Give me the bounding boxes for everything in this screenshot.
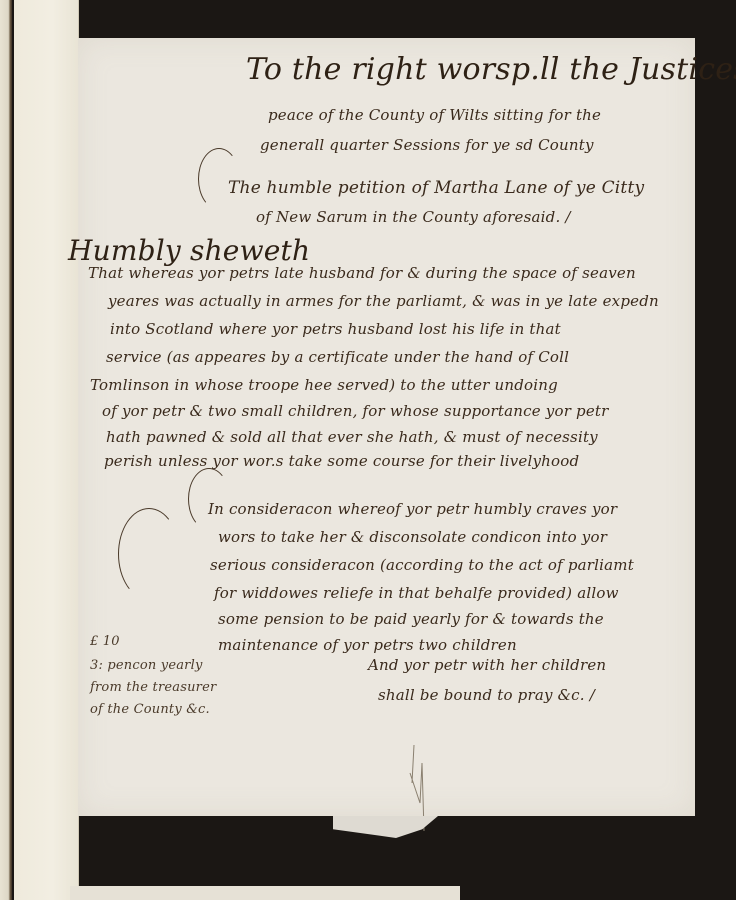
manuscript-page: To the right worsp.ll the Justices of th… <box>78 38 695 816</box>
margin-note-line-2: from the treasurer <box>90 680 216 695</box>
underlying-leaf-edge <box>70 886 460 900</box>
body-line-3: into Scotland where yor petrs husband lo… <box>110 320 561 338</box>
prayer-line-6: maintenance of yor petrs two children <box>218 636 517 654</box>
prayer-line-4: for widdowes reliefe in that behalfe pro… <box>214 584 619 602</box>
address-line-2: peace of the County of Wilts sitting for… <box>268 106 601 124</box>
pencil-mark <box>408 743 428 833</box>
closing-line-1: And yor petr with her children <box>368 656 606 674</box>
body-line-6: of yor petr & two small children, for wh… <box>102 402 609 420</box>
prayer-line-3: serious consideracon (according to the a… <box>210 556 634 574</box>
address-line-3: generall quarter Sessions for ye sd Coun… <box>260 136 594 154</box>
prayer-line-5: some pension to be paid yearly for & tow… <box>218 610 604 628</box>
prayer-initial-flourish <box>188 468 230 530</box>
prayer-line-2: wors to take her & disconsolate condicon… <box>218 528 607 546</box>
closing-line-2: shall be bound to pray &c. / <box>378 686 595 704</box>
body-line-2: yeares was actually in armes for the par… <box>108 292 659 310</box>
body-line-5: Tomlinson in whose troope hee served) to… <box>90 376 558 394</box>
body-line-7: hath pawned & sold all that ever she hat… <box>106 428 598 446</box>
prayer-line-1: In consideracon whereof yor petr humbly … <box>208 500 617 518</box>
body-line-4: service (as appeares by a certificate un… <box>106 348 569 366</box>
body-line-8: perish unless yor wor.s take some course… <box>104 452 579 470</box>
petition-title-line-2: of New Sarum in the County aforesaid. / <box>256 208 571 226</box>
book-binding-edge <box>0 0 12 900</box>
margin-note-line-1: 3: pencon yearly <box>90 658 203 673</box>
guard-leaf <box>14 0 79 900</box>
address-line-1: To the right worsp.ll the Justices of th… <box>246 52 736 87</box>
salutation: Humbly sheweth <box>68 234 310 267</box>
prayer-flourish <box>118 508 180 600</box>
body-line-1: That whereas yor petrs late husband for … <box>88 264 636 282</box>
margin-note-amount: £ 10 <box>90 634 120 649</box>
margin-note-line-3: of the County &c. <box>90 702 210 717</box>
petition-title-line-1: The humble petition of Martha Lane of ye… <box>228 178 644 198</box>
